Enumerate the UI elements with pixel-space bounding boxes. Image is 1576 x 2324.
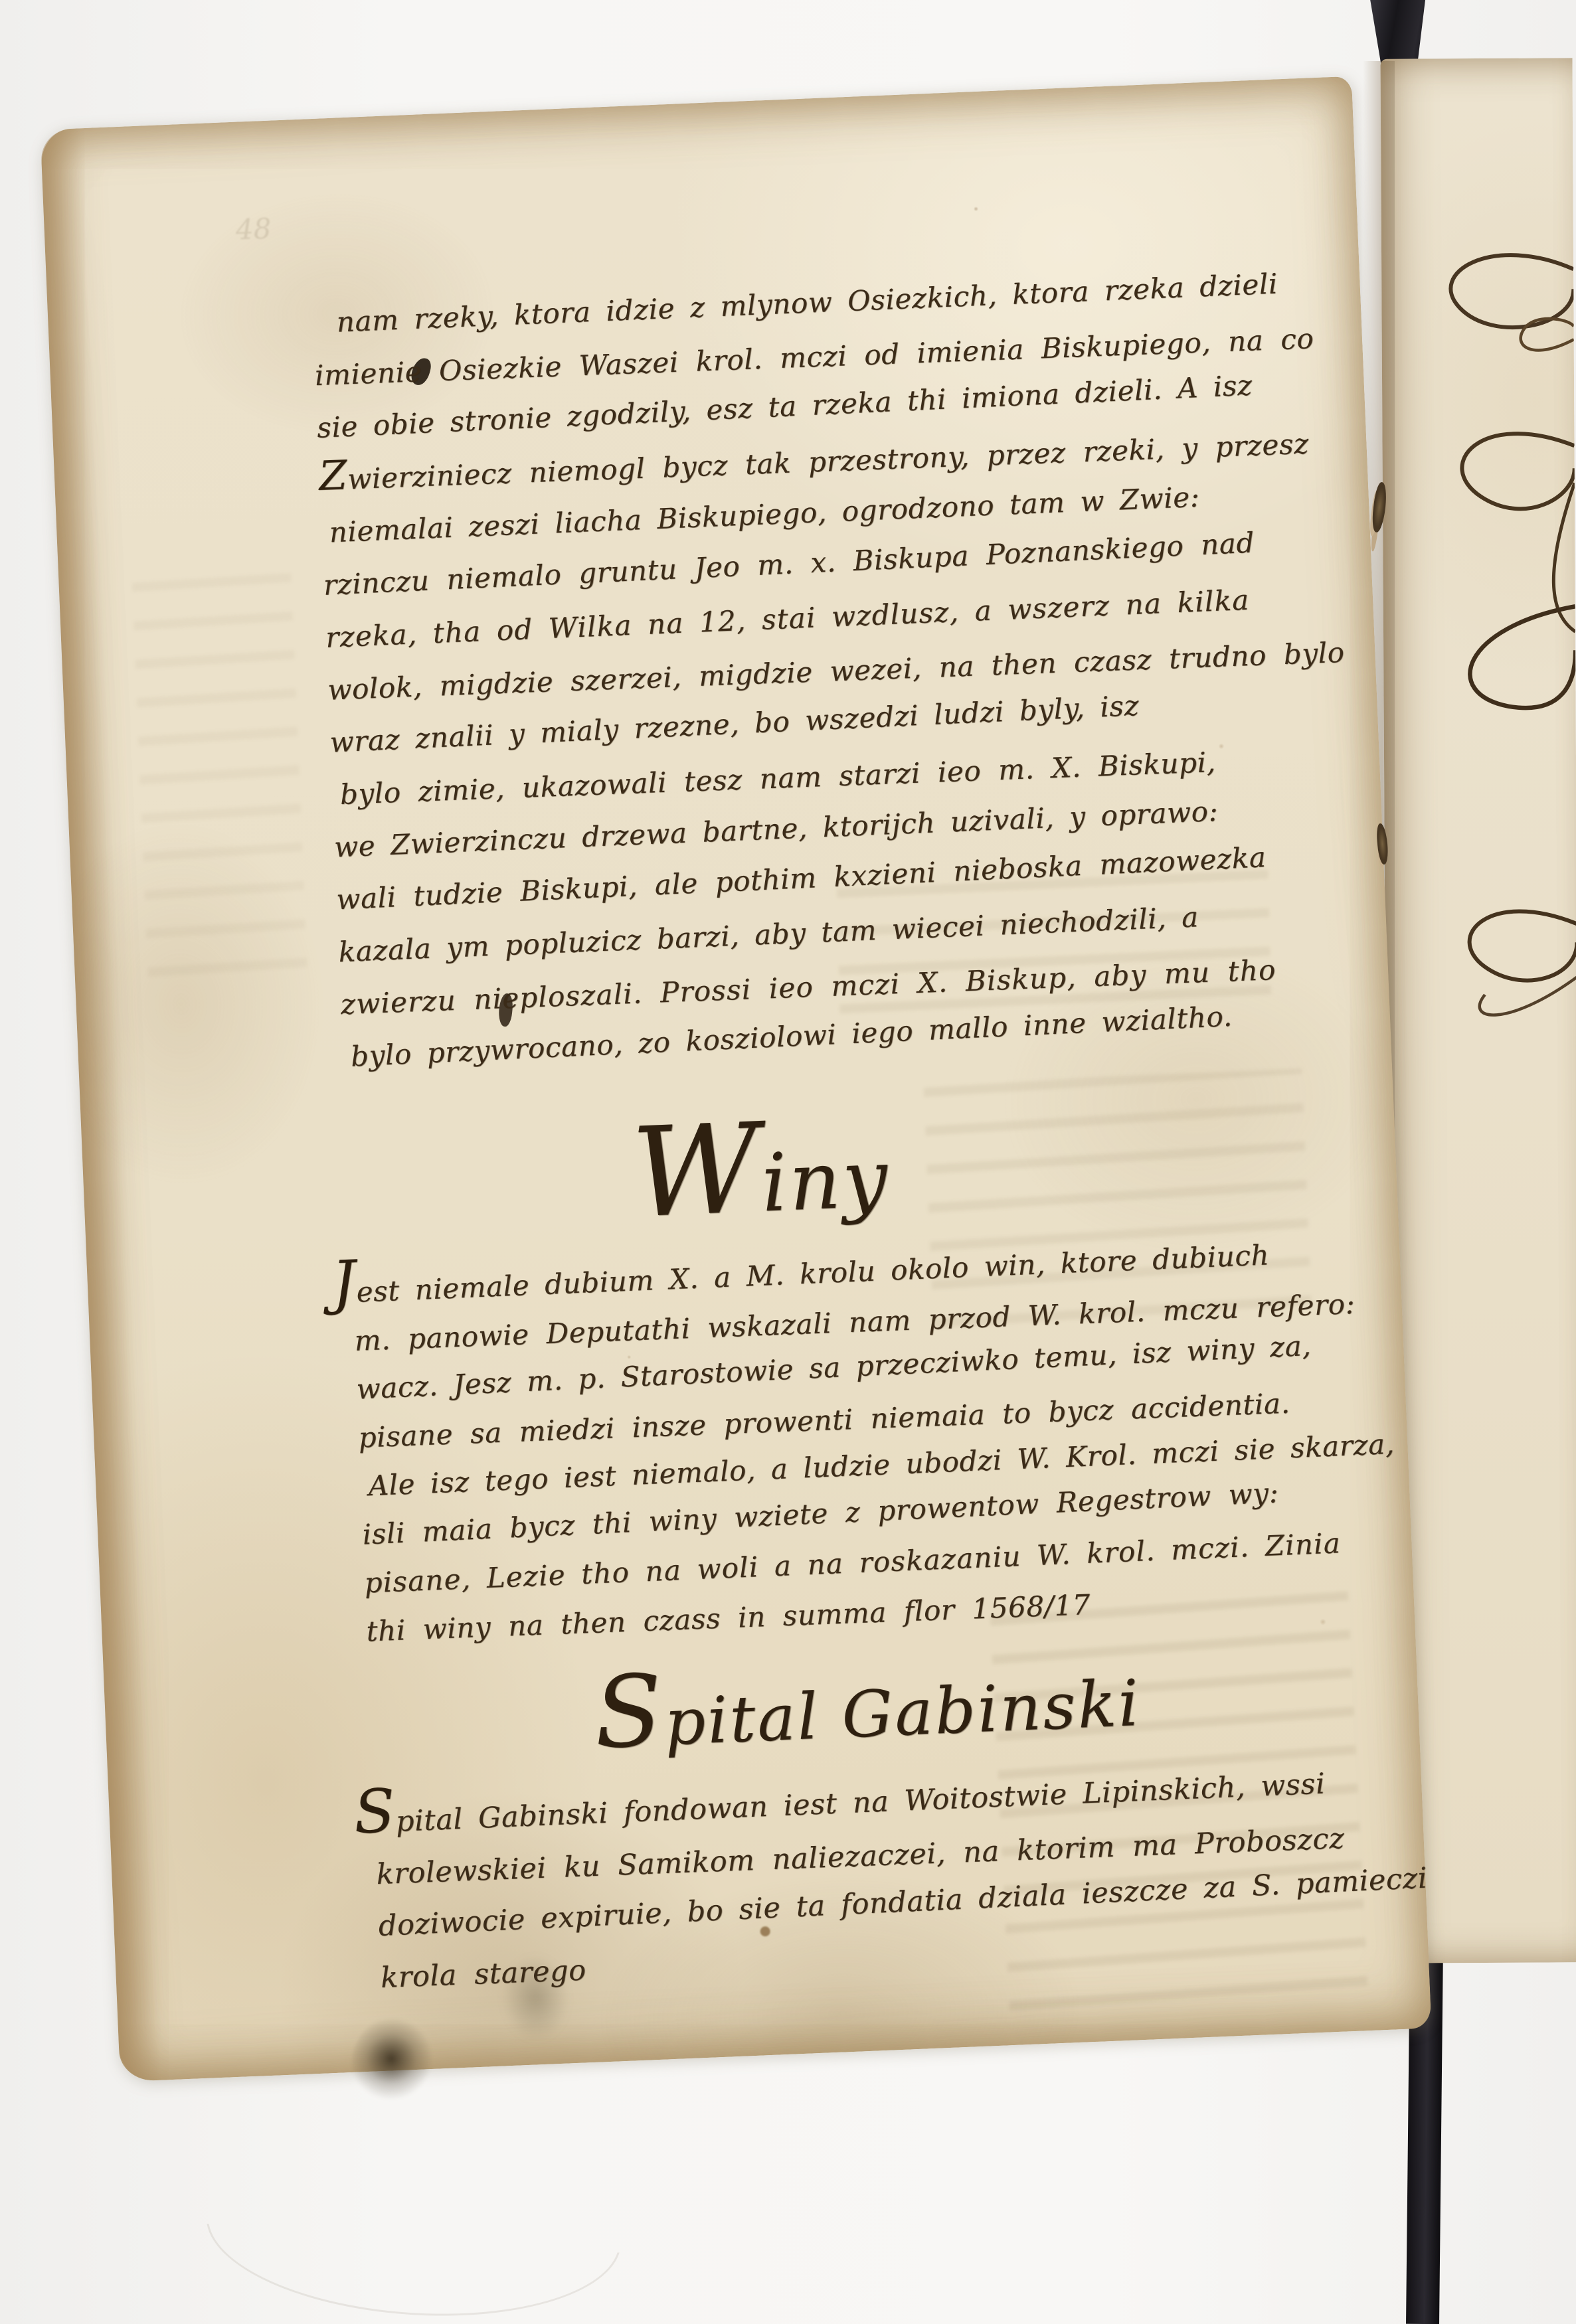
manuscript-scan: 48 nam rzeky, ktora idzie z mlynow Osiez…: [0, 0, 1576, 2324]
section-heading-winy: Winy: [630, 1076, 1359, 1242]
calligraphic-flourish: [1381, 246, 1574, 400]
section-heading-spital: Spital Gabinski: [592, 1625, 1381, 1770]
paragraph: nam rzeky, ktora idzie z mlynow Osiezkic…: [311, 256, 1352, 1083]
deckled-edge: [41, 128, 162, 2082]
ink-smudge: [337, 2005, 444, 2112]
left-page: 48 nam rzeky, ktora idzie z mlynow Osiez…: [41, 76, 1432, 2082]
ghost-folio-number: 48: [235, 212, 272, 246]
handwritten-text-block: nam rzeky, ktora idzie z mlynow Osiezkic…: [311, 256, 1390, 2004]
show-through-smudge: [131, 572, 308, 1003]
calligraphic-flourish: [1382, 403, 1576, 776]
faint-pencil-mark: [201, 2130, 627, 2324]
paragraph: Jest niemale dubium X. a M. krolu okolo …: [351, 1226, 1376, 1655]
calligraphic-flourish: [1385, 896, 1576, 1030]
paragraph: Spital Gabinski fondowan iest na Woitost…: [373, 1756, 1391, 2004]
